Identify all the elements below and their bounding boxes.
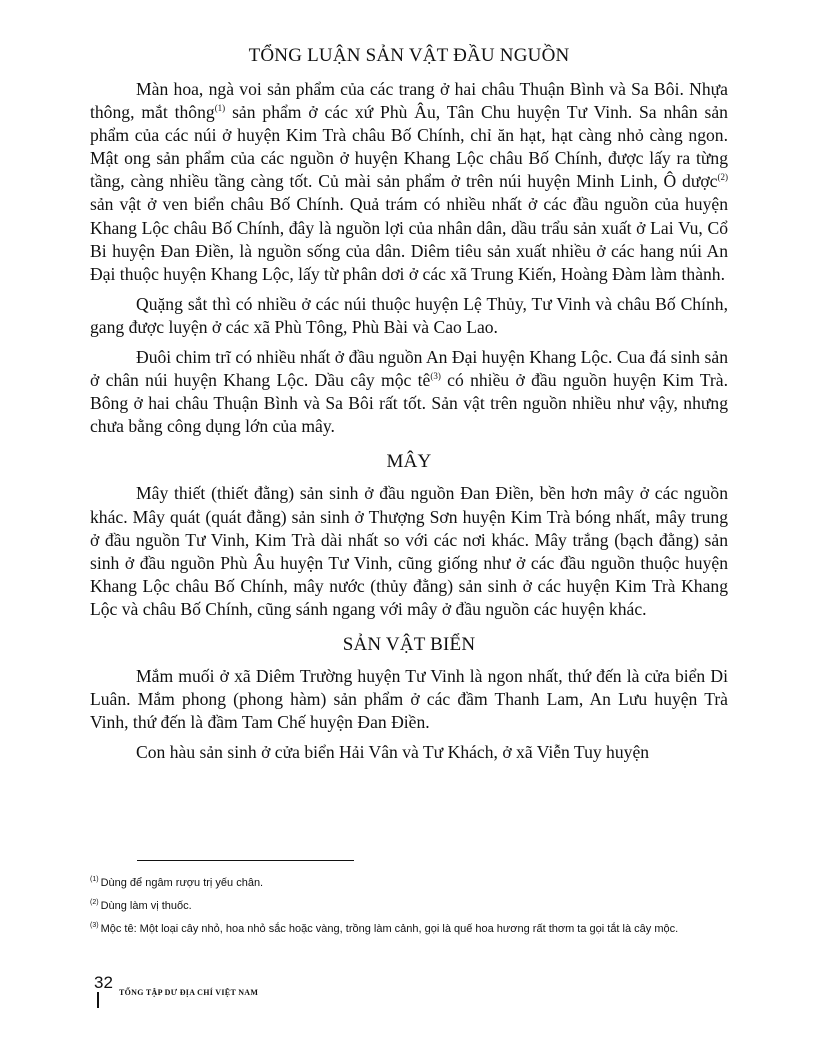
- paragraph-text: sản vật ở ven biển châu Bố Chính. Quả tr…: [90, 194, 728, 283]
- footnote-mark: (1): [90, 876, 99, 883]
- footnote-divider: [137, 860, 354, 861]
- paragraph: Mây thiết (thiết đằng) sản sinh ở đầu ng…: [90, 482, 728, 621]
- section-heading-san-vat-bien: SẢN VẬT BIỂN: [90, 633, 728, 657]
- paragraph: Màn hoa, ngà voi sản phẩm của các trang …: [90, 78, 728, 286]
- footnote: (3)Mộc tê: Một loại cây nhỏ, hoa nhỏ sắc…: [90, 922, 736, 937]
- footnote-ref: (2): [718, 173, 729, 183]
- footnote-ref: (3): [430, 371, 441, 381]
- paragraph: Mắm muối ở xã Diêm Trường huyện Tư Vinh …: [90, 665, 728, 734]
- footnote-mark: (3): [90, 922, 99, 929]
- paragraph: Đuôi chim trĩ có nhiều nhất ở đầu nguồn …: [90, 346, 728, 438]
- paragraph: Con hàu sản sinh ở cửa biển Hải Vân và T…: [90, 741, 728, 764]
- footnote-text: Dùng làm vị thuốc.: [101, 900, 192, 912]
- paragraph: Quặng sắt thì có nhiều ở các núi thuộc h…: [90, 293, 728, 339]
- footnote: (1)Dùng để ngâm rượu trị yếu chân.: [90, 876, 736, 891]
- page-number: 32: [94, 973, 113, 993]
- footnote: (2)Dùng làm vị thuốc.: [90, 899, 736, 914]
- page-body: TỔNG LUẬN SẢN VẬT ĐẦU NGUỒN Màn hoa, ngà…: [90, 44, 728, 771]
- running-title: TỔNG TẬP DƯ ĐỊA CHÍ VIỆT NAM: [119, 988, 258, 997]
- footnote-text: Dùng để ngâm rượu trị yếu chân.: [101, 877, 264, 889]
- footnote-text: Mộc tê: Một loại cây nhỏ, hoa nhỏ sắc ho…: [101, 923, 679, 935]
- section-heading-may: MÂY: [90, 450, 728, 474]
- footnotes: (1)Dùng để ngâm rượu trị yếu chân. (2)Dù…: [90, 876, 736, 945]
- footnote-mark: (2): [90, 899, 99, 906]
- page-title: TỔNG LUẬN SẢN VẬT ĐẦU NGUỒN: [90, 44, 728, 68]
- page-number-bar: [97, 992, 99, 1008]
- footnote-ref: (1): [215, 103, 226, 113]
